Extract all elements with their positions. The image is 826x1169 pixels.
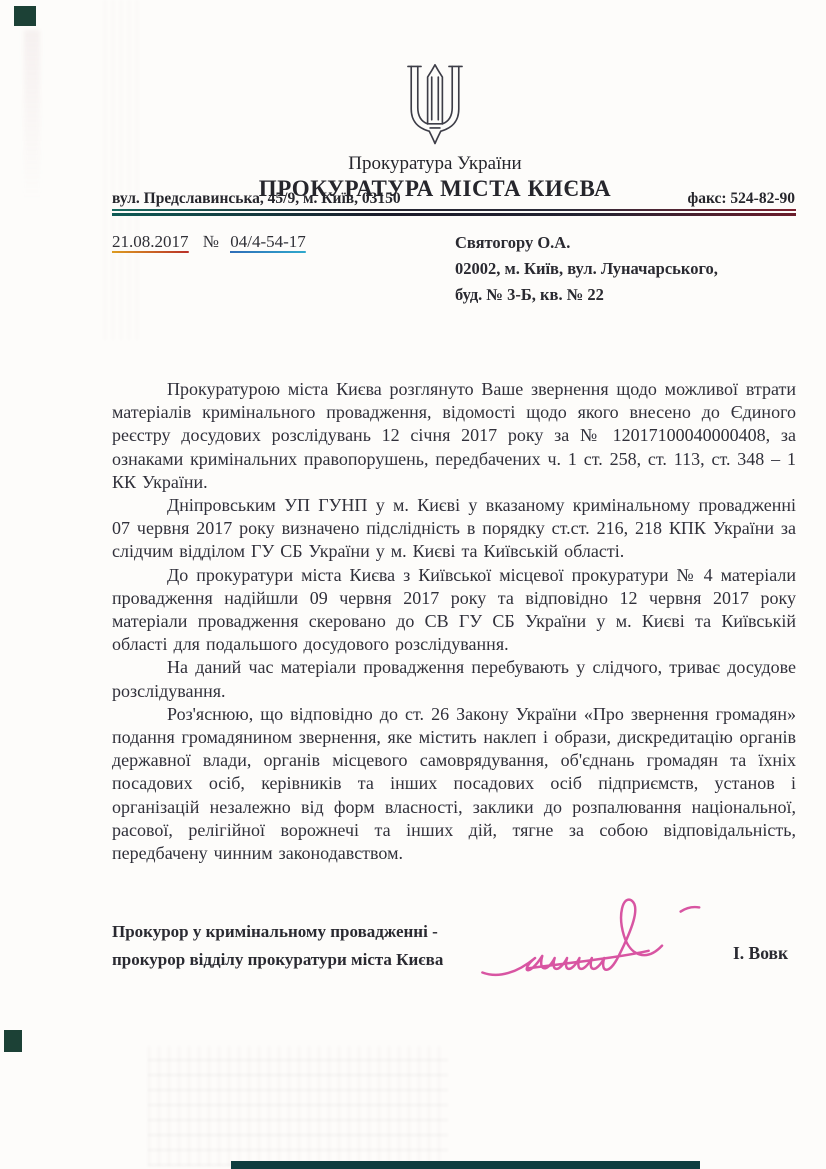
signer-name: І. Вовк xyxy=(733,943,788,964)
letter-body: Прокуратурою міста Києва розглянуто Ваше… xyxy=(112,378,796,865)
scan-edge-mark xyxy=(14,6,36,26)
paragraph: До прокуратури міста Києва з Київської м… xyxy=(112,564,796,657)
org-address: вул. Предславинська, 45/9, м. Київ, 0315… xyxy=(112,190,401,208)
paragraph: На даний час матеріали провадження переб… xyxy=(112,656,796,702)
number-sign: № xyxy=(203,232,219,251)
paragraph: Дніпровським УП ГУНП у м. Києві у вказан… xyxy=(112,494,796,564)
letter-number: 04/4-54-17 xyxy=(230,232,306,253)
scan-bleed-through xyxy=(148,1046,448,1166)
recipient-block: Святогору О.А. 02002, м. Київ, вул. Луна… xyxy=(455,230,718,308)
signer-title-line1: Прокурор у кримінальному провадженні - xyxy=(112,918,443,946)
letterhead: Прокуратура України ПРОКУРАТУРА МІСТА КИ… xyxy=(40,0,826,202)
letterhead-rule-top xyxy=(112,209,796,211)
org-fax: факс: 524-82-90 xyxy=(687,190,795,208)
paragraph: Прокуратурою міста Києва розглянуто Ваше… xyxy=(112,378,796,494)
recipient-address-line1: 02002, м. Київ, вул. Луначарського, xyxy=(455,256,718,282)
recipient-address-line2: буд. № 3-Б, кв. № 22 xyxy=(455,282,718,308)
signer-title: Прокурор у кримінальному провадженні - п… xyxy=(112,918,443,974)
org-parent-name: Прокуратура України xyxy=(40,153,826,175)
letterhead-rule-bottom xyxy=(112,213,796,216)
ukraine-trident-emblem xyxy=(406,64,464,146)
letterhead-contact-row: вул. Предславинська, 45/9, м. Київ, 0315… xyxy=(112,190,795,208)
paragraph: Роз'яснюю, що відповідно до ст. 26 Закон… xyxy=(112,703,796,865)
reference-line: 21.08.2017 № 04/4-54-17 xyxy=(112,232,306,252)
recipient-name: Святогору О.А. xyxy=(455,230,718,256)
scan-edge-bar xyxy=(231,1161,700,1169)
scan-edge-mark xyxy=(4,1030,22,1052)
letter-date: 21.08.2017 xyxy=(112,232,189,253)
signer-title-line2: прокурор відділу прокуратури міста Києва xyxy=(112,946,443,974)
handwritten-signature xyxy=(478,894,716,989)
scan-streak xyxy=(24,30,40,200)
scanned-letter-page: Прокуратура України ПРОКУРАТУРА МІСТА КИ… xyxy=(0,0,826,1169)
